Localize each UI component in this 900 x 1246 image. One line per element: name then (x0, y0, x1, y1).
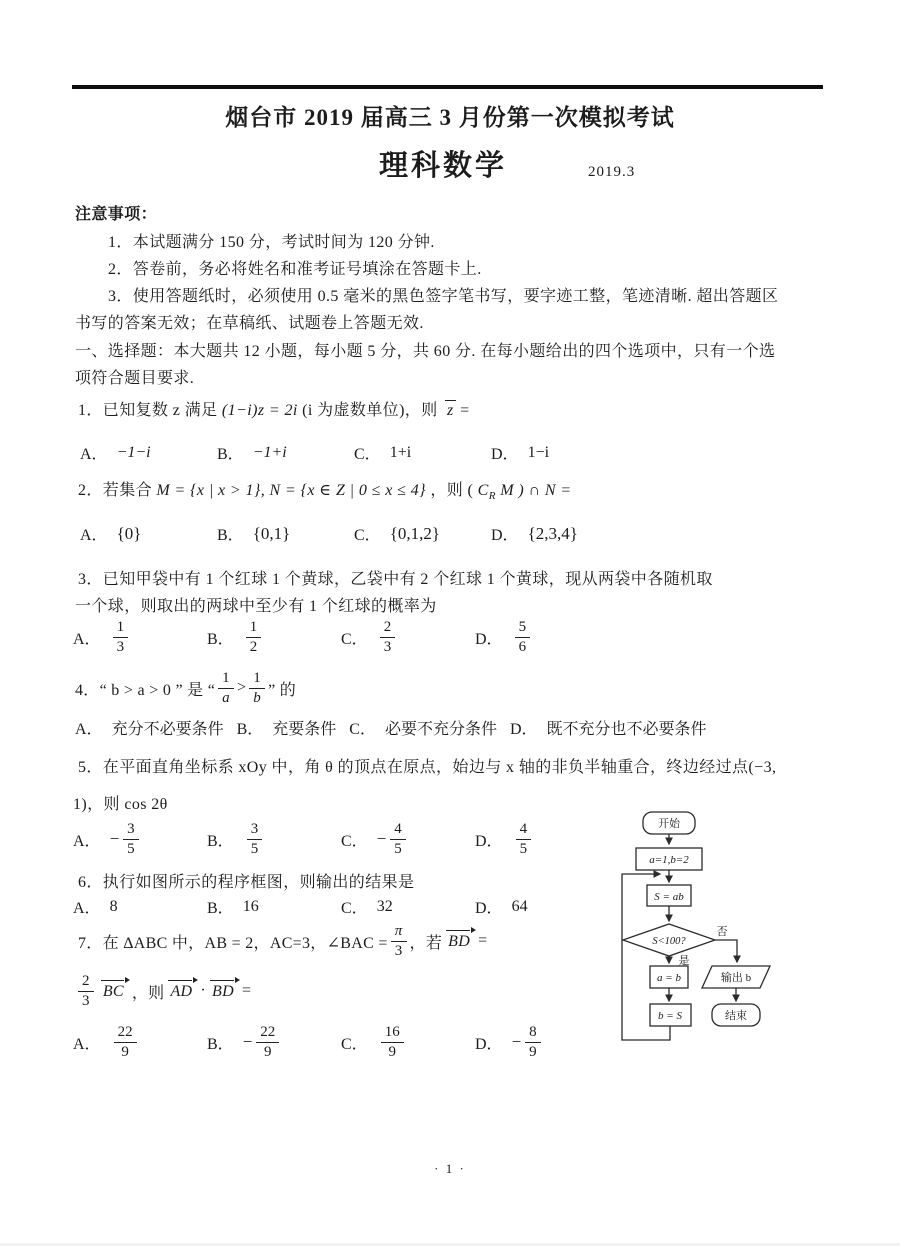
option-d-label: D． (475, 626, 503, 649)
fraction: 12 (246, 618, 262, 657)
option-a: A． 229 (73, 1023, 207, 1062)
question-6-stem: 6．执行如图所示的程序框图，则输出的结果是 (78, 869, 414, 892)
fraction-denominator: 9 (114, 1043, 137, 1062)
q7-vector-bd: BD (446, 931, 474, 951)
option-b-label: B． (237, 716, 264, 739)
flow-no-label: 否 (717, 925, 728, 938)
option-a-value: 充分不必要条件 (112, 716, 224, 739)
fraction-denominator: a (218, 689, 234, 708)
question-5-stem-line-2: 1)，则 cos 2θ (73, 791, 168, 814)
option-a-value: −1−i (117, 444, 151, 462)
q2-stem-sets: M = {x | x > 1}, N = {x ∈ Z | 0 ≤ x ≤ 4} (156, 482, 426, 499)
fraction: 23 (380, 618, 396, 657)
flow-compute-label: S = ab (654, 891, 684, 903)
option-b: B．{0,1} (217, 522, 354, 545)
option-d-label: D． (475, 1031, 503, 1054)
option-d-label: D． (510, 716, 538, 739)
exam-date: 2019.3 (588, 164, 635, 181)
option-d-sign: − (512, 1032, 522, 1052)
fraction-denominator: 5 (247, 840, 263, 859)
q2-stem-post: M ) ∩ N = (500, 482, 571, 499)
question-5-options: A．− 35 B． 35 C．− 45 D． 45 (73, 820, 609, 859)
option-c-sign: − (377, 829, 387, 849)
q7-dot-operator: · (200, 982, 206, 1000)
fraction-denominator: 5 (123, 840, 139, 859)
option-c: C． 169 (341, 1023, 475, 1062)
fraction: 35 (123, 820, 139, 859)
option-c-label: C． (349, 716, 376, 739)
option-b-label: B． (207, 828, 234, 851)
option-b-value: 充要条件 (272, 716, 336, 739)
page-number: · 1 · (0, 1161, 900, 1177)
fraction-denominator: 6 (515, 638, 531, 657)
program-flowchart: 开始 a=1,b=2 S = ab S<100? 否 是 a = b 输出 b … (598, 800, 798, 1050)
fraction-numerator: 1 (113, 618, 129, 638)
fraction-denominator: 3 (391, 942, 407, 961)
flow-yes-label: 是 (679, 954, 690, 967)
option-b-value: 16 (243, 898, 259, 916)
fraction: 45 (390, 820, 406, 859)
option-b-label: B． (207, 626, 234, 649)
exam-page: { "header": { "title": "烟台市 2019 届高三 3 月… (0, 0, 900, 1246)
question-1-options: A．−1−i B．−1+i C．1+i D．1−i (80, 441, 628, 464)
option-b: B．充要条件 (237, 716, 337, 739)
option-a-label: A． (80, 441, 108, 464)
option-a-sign: − (110, 829, 120, 849)
q1-stem-formula: (1−i)z = 2i (222, 402, 298, 419)
option-b-label: B． (207, 1031, 234, 1054)
question-5-stem-line-1: 5．在平面直角坐标系 xOy 中，角 θ 的顶点在原点，始边与 x 轴的非负半轴… (78, 754, 776, 777)
flow-assign1-label: a = b (657, 972, 681, 984)
q7-stem-eq2: = (242, 982, 251, 1000)
section-heading-line-1: 一、选择题：本大题共 12 小题，每小题 5 分，共 60 分. 在每小题给出的… (75, 338, 775, 361)
fraction-numerator: 4 (516, 820, 532, 840)
q7-stem-mid: ，若 (410, 930, 443, 953)
option-c: C．{0,1,2} (354, 522, 491, 545)
flow-end-label: 结束 (725, 1008, 747, 1022)
notice-line-3b: 书写的答案无效；在草稿纸、试题卷上答题无效. (75, 310, 424, 333)
option-a: A．8 (73, 895, 207, 918)
fraction-numerator: 22 (256, 1023, 279, 1043)
option-a-label: A． (73, 895, 101, 918)
option-d-label: D． (475, 895, 503, 918)
q4-stem-post: ” 的 (268, 677, 296, 700)
question-3-stem-line-2: 一个球，则取出的两球中至少有 1 个红球的概率为 (75, 593, 437, 616)
fraction-numerator: 16 (381, 1023, 404, 1043)
fraction: 229 (114, 1023, 137, 1062)
q4-stem-gt: > (237, 679, 246, 697)
option-b-label: B． (207, 895, 234, 918)
option-b: B．−1+i (217, 441, 354, 464)
option-d: D．64 (475, 895, 609, 918)
section-heading-line-2: 项符合题目要求. (75, 365, 194, 388)
fraction-numerator: 4 (390, 820, 406, 840)
fraction-denominator: 3 (380, 638, 396, 657)
q1-stem-mid: (i 为虚数单位)，则 (302, 402, 438, 419)
flow-assign2-label: b = S (658, 1010, 682, 1022)
option-b-sign: − (243, 1032, 253, 1052)
option-c-label: C． (354, 441, 381, 464)
fraction-numerator: 3 (123, 820, 139, 840)
fraction-numerator: 1 (218, 669, 234, 689)
option-d-value: 64 (512, 898, 528, 916)
option-c-label: C． (341, 626, 368, 649)
fraction-denominator: 3 (78, 992, 94, 1011)
option-c-value: 32 (377, 898, 393, 916)
flow-no-branch-line (715, 940, 737, 962)
fraction: 89 (525, 1023, 541, 1062)
exam-subject: 理科数学 (0, 143, 886, 184)
notices-heading: 注意事项： (75, 201, 157, 224)
option-b-label: B． (217, 441, 244, 464)
flow-output-label: 输出 b (721, 970, 752, 984)
option-b: B．− 229 (207, 1023, 341, 1062)
option-a-label: A． (73, 626, 101, 649)
question-3-options: A． 13 B． 12 C． 23 D． 56 (73, 618, 609, 657)
option-a: A．− 35 (73, 820, 207, 859)
question-4-stem: 4．“ b > a > 0 ” 是 “ 1a > 1b ” 的 (75, 668, 296, 708)
q7-vector-ad: AD (168, 981, 196, 1001)
option-c: C．必要不充分条件 (349, 716, 497, 739)
q1-z-conjugate: z (445, 400, 456, 419)
option-b: B．16 (207, 895, 341, 918)
q4-stem-pre: 4．“ b > a > 0 ” 是 “ (75, 677, 215, 700)
question-7-stem-line-1: 7．在 ΔABC 中，AB = 2，AC=3，∠BAC = π3 ，若 BD = (78, 923, 487, 959)
q2-stem-pre: 2．若集合 (78, 482, 156, 499)
fraction-numerator: π (391, 922, 407, 942)
option-c-label: C． (354, 522, 381, 545)
fraction-denominator: 3 (113, 638, 129, 657)
flow-condition-label: S<100? (652, 936, 686, 947)
flow-start-label: 开始 (658, 816, 681, 830)
fraction-denominator: b (249, 689, 265, 708)
fraction-numerator: 2 (78, 972, 94, 992)
option-c-label: C． (341, 1031, 368, 1054)
option-a: A．−1−i (80, 441, 217, 464)
question-3-stem-line-1: 3．已知甲袋中有 1 个红球 1 个黄球，乙袋中有 2 个红球 1 个黄球，现从… (78, 566, 713, 589)
question-7-stem-line-2: 23 BC ，则 AD · BD = (75, 970, 251, 1012)
option-a-label: A． (73, 1031, 101, 1054)
fraction-denominator: 5 (516, 840, 532, 859)
fraction-numerator: 22 (114, 1023, 137, 1043)
option-b-value: −1+i (253, 444, 287, 462)
option-c-value: 必要不充分条件 (385, 716, 497, 739)
option-d-label: D． (491, 441, 519, 464)
question-2-stem: 2．若集合 M = {x | x > 1}, N = {x ∈ Z | 0 ≤ … (78, 477, 572, 502)
fraction: 35 (247, 820, 263, 859)
fraction: 229 (256, 1023, 279, 1062)
question-1-stem: 1．已知复数 z 满足 (1−i)z = 2i (i 为虚数单位)，则 z = (78, 397, 470, 420)
fraction: 45 (516, 820, 532, 859)
option-d: D．− 89 (475, 1023, 609, 1062)
option-b: B． 12 (207, 618, 341, 657)
fraction: 1a (218, 669, 234, 708)
option-a-value: 8 (110, 898, 118, 916)
option-a-label: A． (73, 828, 101, 851)
fraction: 169 (381, 1023, 404, 1062)
question-2-options: A．{0} B．{0,1} C．{0,1,2} D．{2,3,4} (80, 522, 628, 545)
option-d: D．{2,3,4} (491, 522, 628, 545)
fraction: 1b (249, 669, 265, 708)
option-a: A．{0} (80, 522, 217, 545)
q1-stem-pre: 1．已知复数 z 满足 (78, 402, 218, 419)
option-c-value: {0,1,2} (390, 524, 440, 544)
option-b: B． 35 (207, 820, 341, 859)
notice-line-2: 2．答卷前，务必将姓名和准考证号填涂在答题卡上. (108, 256, 482, 279)
q7-stem-eq: = (478, 932, 487, 950)
fraction-numerator: 2 (380, 618, 396, 638)
top-rule (72, 85, 823, 89)
option-d-value: 既不充分也不必要条件 (547, 716, 707, 739)
option-c-label: C． (341, 828, 368, 851)
fraction-denominator: 9 (525, 1043, 541, 1062)
option-d-label: D． (475, 828, 503, 851)
q7-stem-pre: 7．在 ΔABC 中，AB = 2，AC=3，∠BAC = (78, 930, 388, 953)
option-c: C．1+i (354, 441, 491, 464)
option-a-label: A． (80, 522, 108, 545)
fraction-denominator: 2 (246, 638, 262, 657)
fraction: 13 (113, 618, 129, 657)
fraction-numerator: 1 (246, 618, 262, 638)
question-7-options: A． 229 B．− 229 C． 169 D．− 89 (73, 1023, 609, 1062)
option-a-label: A． (75, 716, 103, 739)
fraction: 56 (515, 618, 531, 657)
option-a: A．充分不必要条件 (75, 716, 224, 739)
option-d-value: {2,3,4} (528, 524, 578, 544)
q2-complement-subscript: R (489, 490, 496, 502)
option-c-value: 1+i (390, 444, 411, 462)
q2-stem-mid: ，则 ( (430, 482, 473, 499)
notice-line-3a: 3．使用答题纸时，必须使用 0.5 毫米的黑色签字笔书写，要字迹工整，笔迹清晰.… (108, 283, 778, 306)
option-d: D． 56 (475, 618, 609, 657)
option-a: A． 13 (73, 618, 207, 657)
question-4-options: A．充分不必要条件 B．充要条件 C．必要不充分条件 D．既不充分也不必要条件 (75, 716, 720, 739)
flow-init-label: a=1,b=2 (649, 854, 689, 866)
option-c-label: C． (341, 895, 368, 918)
fraction-numerator: 5 (515, 618, 531, 638)
q7-vector-bc: BC (101, 981, 128, 1001)
fraction-numerator: 3 (247, 820, 263, 840)
fraction: π3 (391, 922, 407, 961)
option-b-value: {0,1} (253, 524, 291, 544)
option-c: C．− 45 (341, 820, 475, 859)
fraction-denominator: 9 (381, 1043, 404, 1062)
option-d: D．1−i (491, 441, 628, 464)
option-a-value: {0} (117, 524, 142, 544)
notice-line-1: 1．本试题满分 150 分，考试时间为 120 分钟. (108, 229, 435, 252)
option-d-value: 1−i (528, 444, 549, 462)
question-6-options: A．8 B．16 C．32 D．64 (73, 895, 609, 918)
option-d-label: D． (491, 522, 519, 545)
option-b-label: B． (217, 522, 244, 545)
q7-stem-mid2: ，则 (132, 980, 165, 1003)
option-c: C． 23 (341, 618, 475, 657)
q7-vector-bd2: BD (210, 981, 238, 1001)
q1-stem-eq: = (460, 402, 469, 419)
exam-title: 烟台市 2019 届高三 3 月份第一次模拟考试 (0, 99, 900, 132)
option-d: D． 45 (475, 820, 609, 859)
fraction: 23 (78, 972, 94, 1011)
fraction-denominator: 5 (390, 840, 406, 859)
fraction-numerator: 8 (525, 1023, 541, 1043)
option-c: C．32 (341, 895, 475, 918)
q2-complement-symbol: C (478, 482, 489, 499)
fraction-denominator: 9 (256, 1043, 279, 1062)
fraction-numerator: 1 (249, 669, 265, 689)
option-d: D．既不充分也不必要条件 (510, 716, 707, 739)
